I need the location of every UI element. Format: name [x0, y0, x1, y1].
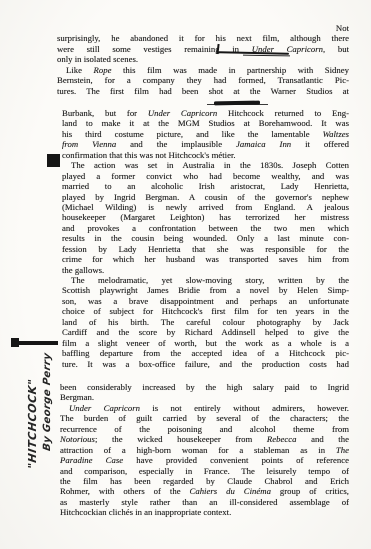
- text-line: Burbank, but for Under Capricorn Hitchco…: [62, 108, 349, 118]
- body-text: film a slight veneer of worth, but the w…: [62, 338, 349, 348]
- body-text: Hitchcock returned to Eng-: [217, 108, 349, 118]
- text-line: Rohmer, with others of the Cahiers du Ci…: [60, 486, 349, 496]
- body-text: The action was set in Australia in the 1…: [71, 160, 349, 170]
- body-text: son, was a brave disappointment and perh…: [62, 296, 349, 306]
- text-line: crime for which her husband was transpor…: [62, 254, 349, 264]
- italic-title-text: Paradine Case: [60, 455, 123, 465]
- text-line: choice of subject for Hitchcock's first …: [62, 306, 349, 316]
- text-line: the gallows.: [62, 265, 349, 275]
- pen-separator-mark: [214, 101, 260, 106]
- text-line: fession by Lady Henrietta that she was r…: [62, 244, 349, 254]
- scanned-book-page: Notsurprisingly, he abandoned it for his…: [0, 0, 371, 549]
- text-line: The action was set in Australia in the 1…: [62, 160, 349, 170]
- text-block-bottom: been considerably increased by the high …: [60, 382, 349, 518]
- text-line: The melodramatic, yet slow-moving story,…: [62, 275, 349, 285]
- text-line: played by Ingrid Bergman. A cousin of th…: [62, 192, 349, 202]
- text-line: (Michael Wilding) is newly arrived from …: [62, 202, 349, 212]
- body-text: fession by Lady Henrietta that she was r…: [62, 244, 349, 254]
- text-line: baffling departure from the accepted ide…: [62, 348, 349, 358]
- body-text: (Michael Wilding) is newly arrived from …: [62, 202, 349, 212]
- body-text: results in the cousin being wounded. Onl…: [62, 233, 349, 243]
- body-text: Cardiff and the score by Richard Addinse…: [62, 327, 349, 337]
- text-line: Cardiff and the score by Richard Addinse…: [62, 327, 349, 337]
- italic-title-text: Cahiers du Cinéma: [190, 486, 271, 496]
- italic-title-text: from Vienna: [62, 139, 116, 149]
- body-text: ; the wicked housekeeper from: [95, 434, 267, 444]
- body-text: recurrence of the poisoning and alcohol …: [60, 424, 349, 434]
- body-text: Burbank, but for: [62, 108, 148, 118]
- body-text: only in isolated scenes.: [57, 54, 138, 64]
- body-text: Scottish playwright James Bridie from a …: [62, 285, 349, 295]
- text-line: Bernstein, for a company they had formed…: [57, 75, 349, 85]
- body-text: Like: [66, 65, 94, 75]
- body-text: and the implausible: [116, 139, 236, 149]
- body-text: the gallows.: [62, 265, 104, 275]
- italic-title-text: Waltzes: [323, 129, 349, 139]
- text-line: and comparison, especially in France. Th…: [60, 466, 349, 476]
- text-line: son, was a brave disappointment and perh…: [62, 296, 349, 306]
- handwritten-book-title: "HITCHCOCK": [26, 382, 39, 470]
- text-line: Bergman.: [60, 392, 349, 402]
- text-line: Paradine Case have provided convenient p…: [60, 455, 349, 465]
- body-text: have provided convenient points of refer…: [123, 455, 349, 465]
- body-text: choice of subject for Hitchcock's first …: [62, 306, 349, 316]
- body-text: and provokes a confrontation between the…: [62, 223, 349, 233]
- body-text: Rohmer, with others of the: [60, 486, 190, 496]
- text-line: land of his birth. The careful colour ph…: [62, 317, 349, 327]
- body-text: land to make it at the MGM Studios at Bo…: [62, 118, 349, 128]
- body-text: and comparison, especially in France. Th…: [60, 466, 349, 476]
- body-text: surprisingly, he abandoned it for his ne…: [57, 33, 349, 43]
- text-line: his third costume picture, and like the …: [62, 129, 349, 139]
- text-line: ture. It was a box-office failure, and t…: [62, 359, 349, 369]
- text-line: the film has been regarded by Claude Cha…: [60, 476, 349, 486]
- body-text: The melodramatic, yet slow-moving story,…: [71, 275, 349, 285]
- body-text: The burden of guilt carried by several o…: [60, 413, 349, 423]
- body-text: Hitchcockian clichés in an inappropriate…: [60, 507, 231, 517]
- text-block-middle: Burbank, but for Under Capricorn Hitchco…: [62, 108, 349, 369]
- body-text: crime for which her husband was transpor…: [62, 254, 349, 264]
- body-text: ture. It was a box-office failure, and t…: [62, 359, 349, 369]
- text-line: land to make it at the MGM Studios at Bo…: [62, 118, 349, 128]
- text-line: confirmation that this was not Hitchcock…: [62, 150, 349, 160]
- body-text: the film has been regarded by Claude Cha…: [60, 476, 349, 486]
- text-line: married to an alcoholic Irish aristocrat…: [62, 181, 349, 191]
- text-line: only in isolated scenes.: [57, 54, 349, 64]
- body-text: Bergman.: [60, 392, 94, 402]
- text-line: Not: [57, 23, 349, 33]
- italic-title-text: Notorious: [60, 434, 95, 444]
- text-line: Scottish playwright James Bridie from a …: [62, 285, 349, 295]
- text-line: Like Rope this film was made in partners…: [57, 65, 349, 75]
- italic-title-text: Under Capricorn: [69, 403, 140, 413]
- body-text: confirmation that this was not Hitchcock…: [62, 150, 236, 160]
- body-text: played by Ingrid Bergman. A cousin of th…: [62, 192, 349, 202]
- body-text: his third costume picture, and like the …: [62, 129, 323, 139]
- text-line: Under Capricorn is not entirely without …: [60, 403, 349, 413]
- text-line: Hitchcockian clichés in an inappropriate…: [60, 507, 349, 517]
- text-line: surprisingly, he abandoned it for his ne…: [57, 33, 349, 43]
- body-text: married to an alcoholic Irish aristocrat…: [62, 181, 349, 191]
- italic-title-text: Jamaica Inn: [236, 139, 291, 149]
- body-text: land of his birth. The careful colour ph…: [62, 317, 349, 327]
- body-text: attraction of a high-born woman for a st…: [60, 445, 336, 455]
- text-line: been considerably increased by the high …: [60, 382, 349, 392]
- text-line: The burden of guilt carried by several o…: [60, 413, 349, 423]
- body-text: is not entirely without admirers, howeve…: [140, 403, 349, 413]
- body-text: as masterly style rather than an ill-con…: [60, 497, 349, 507]
- body-text: baffling departure from the accepted ide…: [62, 348, 349, 358]
- text-block-top: Notsurprisingly, he abandoned it for his…: [57, 23, 349, 96]
- body-text: Not: [336, 23, 349, 33]
- italic-title-text: Under Capricorn: [148, 108, 217, 118]
- text-line: film a slight veneer of worth, but the w…: [62, 338, 349, 348]
- body-text: Bernstein, for a company they had formed…: [57, 75, 349, 85]
- text-line: Notorious; the wicked housekeeper from R…: [60, 434, 349, 444]
- text-line: were still some vestiges remaining in Un…: [57, 44, 349, 54]
- text-line: and provokes a confrontation between the…: [62, 223, 349, 233]
- italic-title-text: Rope: [94, 65, 112, 75]
- margin-dash-mark: [12, 341, 58, 346]
- body-text: played a former convict who had become w…: [62, 171, 349, 181]
- text-line: results in the cousin being wounded. Onl…: [62, 233, 349, 243]
- text-line: played a former convict who had become w…: [62, 171, 349, 181]
- text-line: attraction of a high-born woman for a st…: [60, 445, 349, 455]
- text-line: as masterly style rather than an ill-con…: [60, 497, 349, 507]
- italic-title-text: The: [336, 445, 349, 455]
- body-text: been considerably increased by the high …: [60, 382, 349, 392]
- italic-title-text: Rebecca: [267, 434, 297, 444]
- text-line: housekeeper (Margaret Leighton) has terr…: [62, 212, 349, 222]
- text-line: recurrence of the poisoning and alcohol …: [60, 424, 349, 434]
- body-text: tures. The first film had been shot at t…: [57, 86, 349, 96]
- body-text: it offered: [291, 139, 349, 149]
- margin-square-mark: [47, 154, 60, 167]
- body-text: housekeeper (Margaret Leighton) has terr…: [62, 212, 349, 222]
- body-text: and the: [296, 434, 349, 444]
- body-text: group of critics,: [271, 486, 349, 496]
- text-line: from Vienna and the implausible Jamaica …: [62, 139, 349, 149]
- handwritten-byline: By George Perry: [42, 350, 53, 452]
- body-text: , but: [323, 44, 349, 54]
- text-line: tures. The first film had been shot at t…: [57, 86, 349, 96]
- body-text: this film was made in partnership with S…: [111, 65, 349, 75]
